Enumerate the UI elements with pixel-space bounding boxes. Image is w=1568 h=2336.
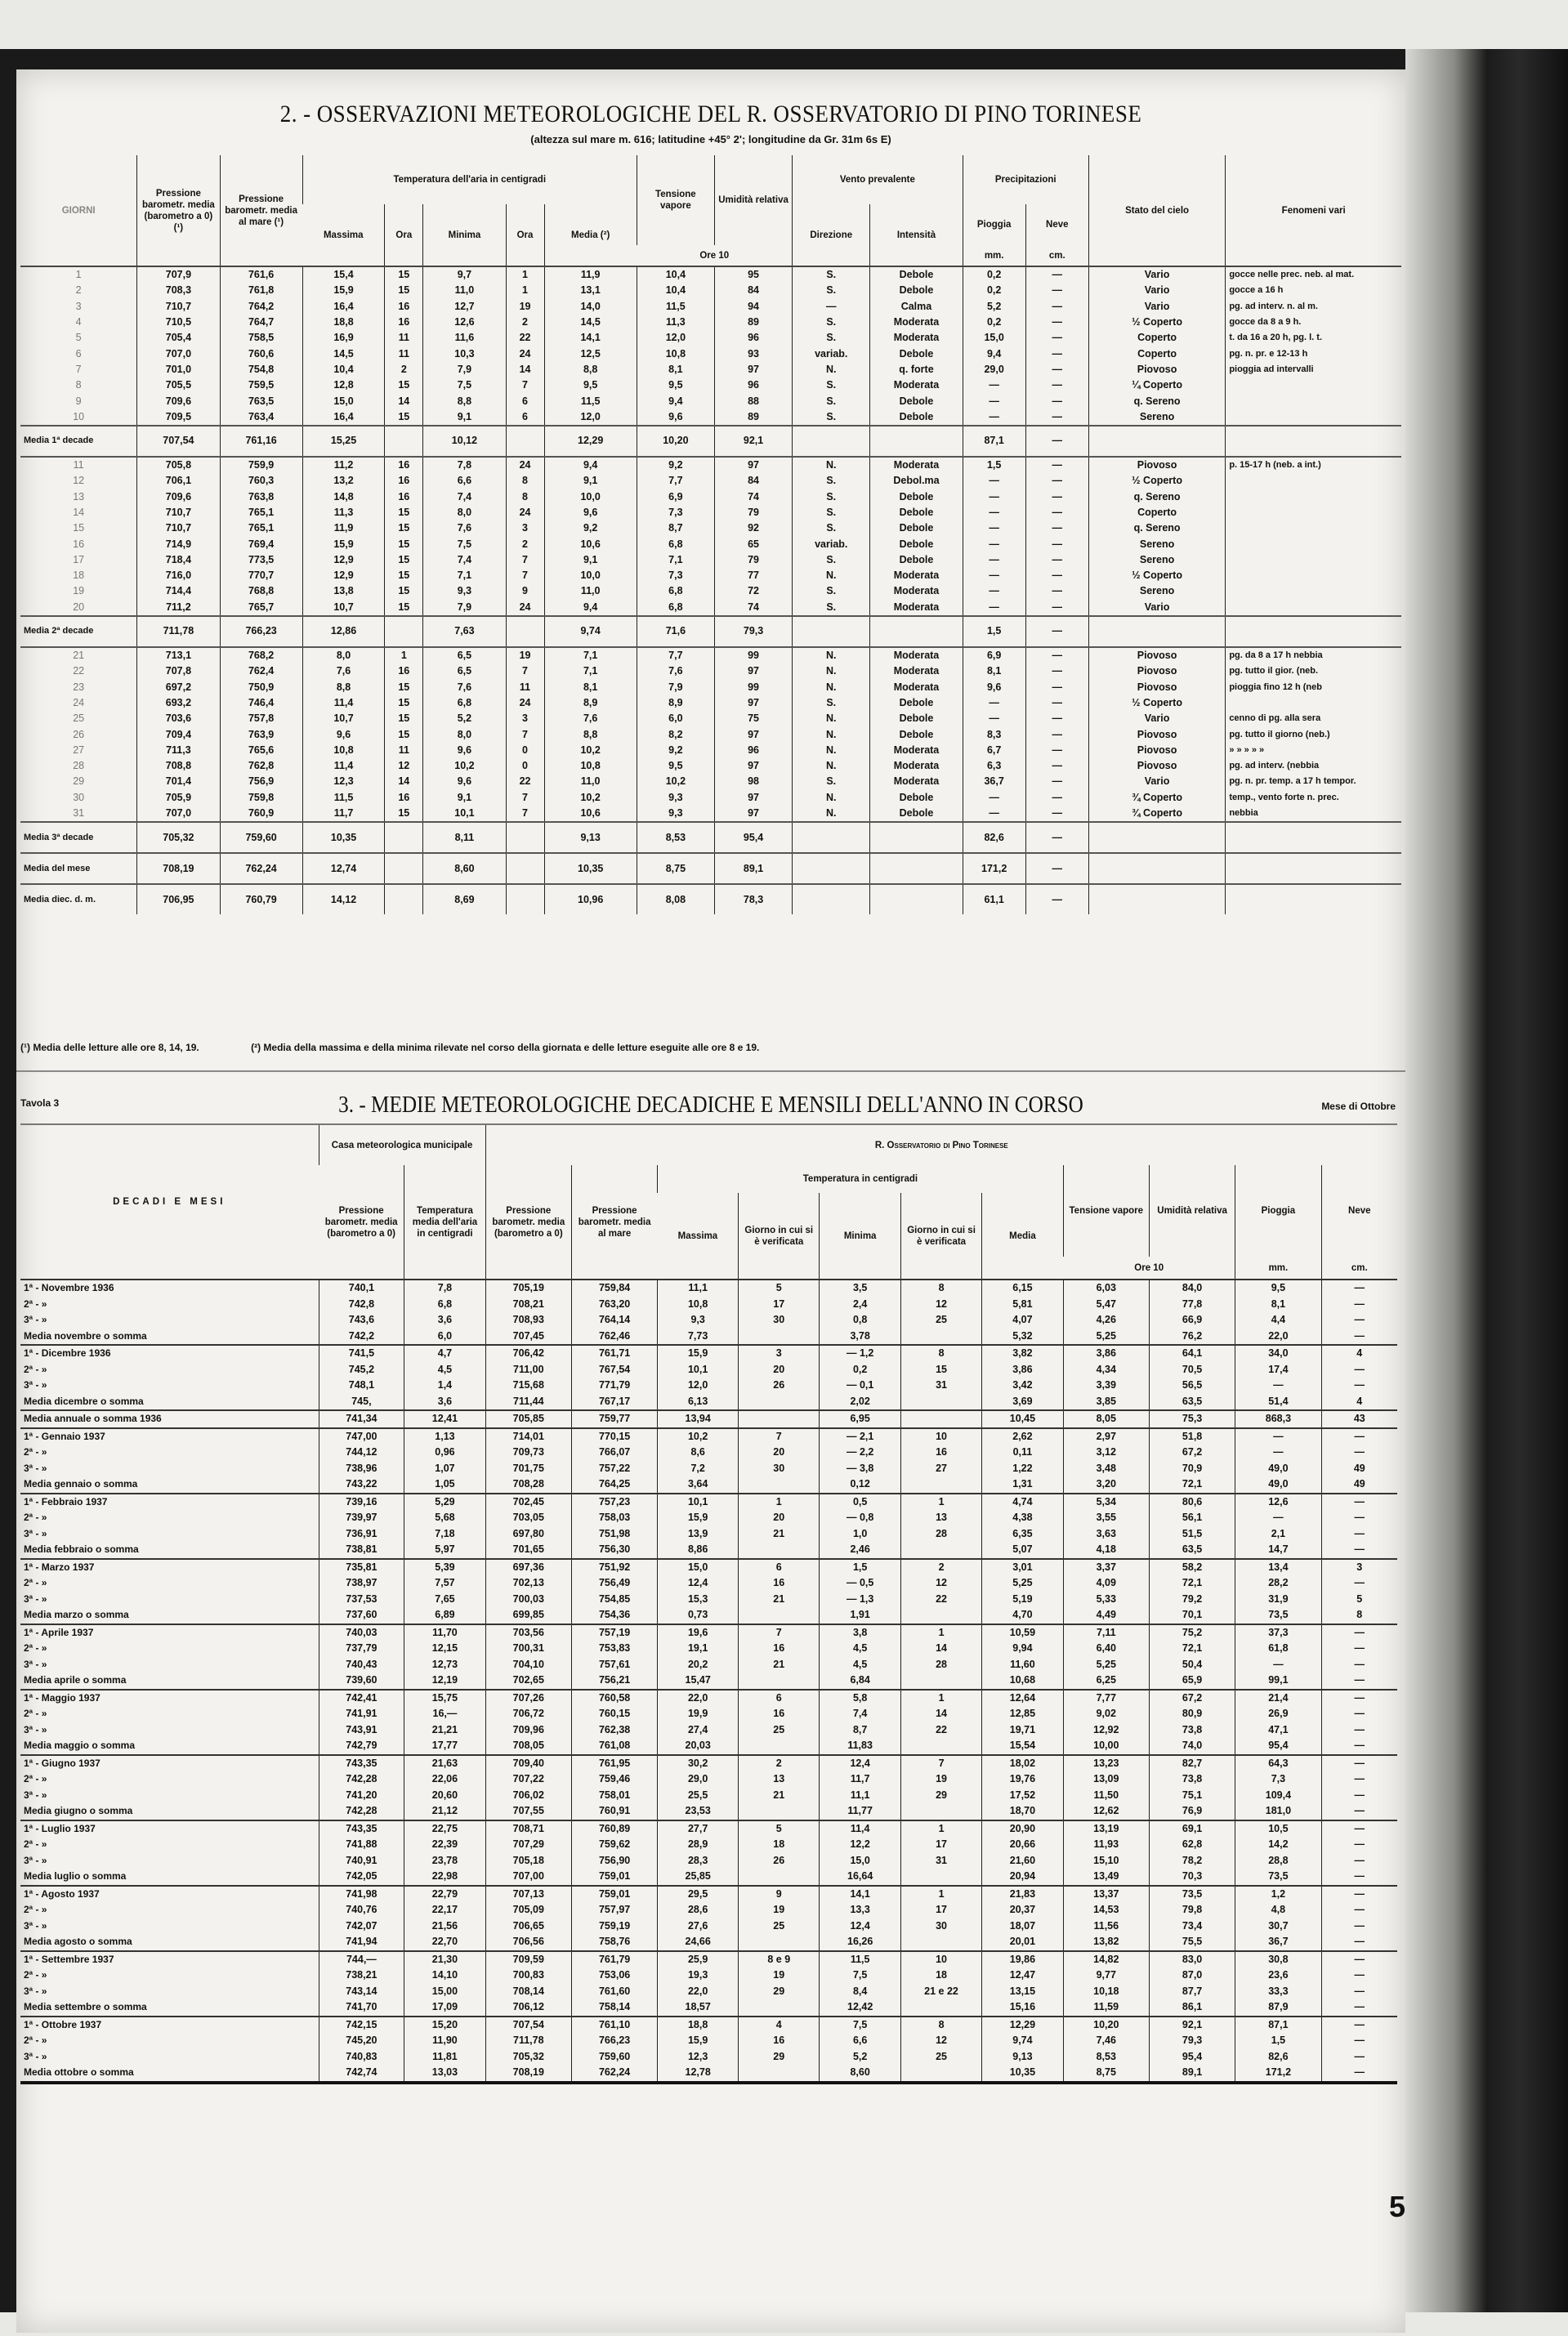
cell-label: 2ª - » xyxy=(20,1445,319,1461)
cell-nv: — xyxy=(1321,1820,1397,1838)
cell-p0: 702,65 xyxy=(485,1673,571,1690)
cell-label: Media del mese xyxy=(20,853,137,884)
cell-med: 3,42 xyxy=(982,1378,1063,1394)
cell-gmax: 21 xyxy=(739,1592,820,1608)
cell-gmin: 8 xyxy=(900,1280,981,1297)
cell-tens: 8,9 xyxy=(637,695,714,711)
cell-ct: 21,12 xyxy=(404,1803,485,1820)
cell-cp: 742,05 xyxy=(319,1869,404,1886)
cell-min: 7,4 xyxy=(423,489,506,505)
cell-min: 11,83 xyxy=(820,1738,900,1755)
cell-pm: 758,14 xyxy=(571,1999,657,2017)
cell-pg: 30,7 xyxy=(1235,1918,1321,1935)
cell-min: 10,3 xyxy=(423,346,506,361)
cell-ct: 3,6 xyxy=(404,1312,485,1329)
cell-max: 10,35 xyxy=(302,822,385,853)
cell-gmin: 25 xyxy=(900,1312,981,1329)
cell-um: 70,1 xyxy=(1149,1607,1235,1624)
cell-pg: 9,4 xyxy=(963,346,1025,361)
cell-ora-max: 11 xyxy=(385,330,423,346)
cell-max: 12,9 xyxy=(302,552,385,568)
header-media: Media xyxy=(982,1193,1063,1280)
cell-max: 11,1 xyxy=(658,1280,739,1297)
cell-gmax: 20 xyxy=(739,1510,820,1526)
cell-um: 89,1 xyxy=(1149,2065,1235,2083)
cell-fen: pg. da 8 a 17 h nebbia xyxy=(1226,647,1401,663)
cell-ct: 15,00 xyxy=(404,1984,485,2000)
cell-ora-min: 2 xyxy=(506,315,544,330)
cell-gmax: 29 xyxy=(739,1984,820,2000)
cell-max: 7,2 xyxy=(658,1461,739,1477)
cell-empty xyxy=(793,884,870,914)
cell-med: 10,96 xyxy=(544,884,637,914)
cell-um: 97 xyxy=(714,695,792,711)
table-row: 2ª - »740,7622,17705,09757,9728,61913,31… xyxy=(20,1902,1397,1918)
cell-med: 18,02 xyxy=(982,1755,1063,1772)
cell-pm: 759,60 xyxy=(220,822,302,853)
cell-pg: 49,0 xyxy=(1235,1461,1321,1477)
cell-label: Media diec. d. m. xyxy=(20,884,137,914)
cell-p0: 701,65 xyxy=(485,1542,571,1559)
cell-day: 12 xyxy=(20,473,137,489)
cell-label: Media 1ª decade xyxy=(20,426,137,457)
cell-gmax xyxy=(739,1673,820,1690)
cell-p0: 707,55 xyxy=(485,1803,571,1820)
cell-pm: 760,6 xyxy=(220,346,302,361)
cell-p0: 705,32 xyxy=(485,2049,571,2066)
cell-p0: 709,59 xyxy=(485,1951,571,1968)
cell-cielo: Piovoso xyxy=(1088,457,1225,473)
table-row: 1ª - Agosto 1937741,9822,79707,13759,012… xyxy=(20,1886,1397,1903)
cell-ora-min: 7 xyxy=(506,663,544,679)
cell-int: Debole xyxy=(870,520,963,536)
cell-min: 16,26 xyxy=(820,1934,900,1951)
cell-ct: 1,05 xyxy=(404,1476,485,1494)
cell-p0: 705,18 xyxy=(485,1853,571,1869)
cell-pg: 181,0 xyxy=(1235,1803,1321,1820)
cell-tens: 7,77 xyxy=(1063,1690,1149,1707)
cell-ct: 6,8 xyxy=(404,1297,485,1313)
cell-max: 28,3 xyxy=(658,1853,739,1869)
cell-int: Debol.ma xyxy=(870,473,963,489)
cell-med: 9,6 xyxy=(544,505,637,520)
cell-pm: 762,38 xyxy=(571,1722,657,1739)
cell-nv: — xyxy=(1025,743,1088,758)
cell-min: 9,3 xyxy=(423,583,506,599)
cell-day: 24 xyxy=(20,695,137,711)
cell-pg: 4,8 xyxy=(1235,1902,1321,1918)
cell-p0: 706,65 xyxy=(485,1918,571,1935)
cell-med: 11,60 xyxy=(982,1657,1063,1673)
table-row: 3ª - »740,8311,81705,32759,6012,3295,225… xyxy=(20,2049,1397,2066)
cell-fen: pg. ad interv. n. al m. xyxy=(1226,299,1401,315)
cell-um: 98 xyxy=(714,774,792,789)
cell-pm: 746,4 xyxy=(220,695,302,711)
cell-empty xyxy=(1088,884,1225,914)
cell-ora-min: 7 xyxy=(506,552,544,568)
cell-pg: 0,2 xyxy=(963,283,1025,298)
cell-ct: 5,39 xyxy=(404,1559,485,1576)
cell-label: 1ª - Febbraio 1937 xyxy=(20,1494,319,1511)
cell-p0: 708,8 xyxy=(137,758,220,774)
cell-nv: — xyxy=(1321,2033,1397,2049)
cell-max: 8,8 xyxy=(302,680,385,695)
cell-nv: — xyxy=(1321,1999,1397,2017)
cell-ct: 7,8 xyxy=(404,1280,485,1297)
header-neve: Neve xyxy=(1321,1165,1397,1257)
cell-pm: 760,79 xyxy=(220,884,302,914)
cell-label: Media giugno o somma xyxy=(20,1803,319,1820)
table-row: 14710,7765,111,3158,0249,67,379S.Debole—… xyxy=(20,505,1401,520)
cell-um: 80,6 xyxy=(1149,1494,1235,1511)
cell-nv: — xyxy=(1321,1362,1397,1378)
cell-int: Moderata xyxy=(870,743,963,758)
cell-tens: 4,49 xyxy=(1063,1607,1149,1624)
cell-pg: — xyxy=(963,377,1025,393)
cell-empty xyxy=(1226,616,1401,647)
cell-gmin: 1 xyxy=(900,1690,981,1707)
cell-label: Media agosto o somma xyxy=(20,1934,319,1951)
cell-ct: 21,30 xyxy=(404,1951,485,1968)
cell-med: 10,68 xyxy=(982,1673,1063,1690)
cell-cp: 742,2 xyxy=(319,1329,404,1346)
cell-cp: 735,81 xyxy=(319,1559,404,1576)
cell-max: 15,9 xyxy=(302,283,385,298)
cell-pm: 762,46 xyxy=(571,1329,657,1346)
cell-pg: 868,3 xyxy=(1235,1410,1321,1428)
cell-fen: temp., vento forte n. prec. xyxy=(1226,790,1401,806)
cell-p0: 708,28 xyxy=(485,1476,571,1494)
document-page: 2. - OSSERVAZIONI METEOROLOGICHE DEL R. … xyxy=(16,69,1405,2333)
cell-um: 95,4 xyxy=(714,822,792,853)
cell-label: 1ª - Luglio 1937 xyxy=(20,1820,319,1838)
cell-med: 5,81 xyxy=(982,1297,1063,1313)
cell-cp: 738,97 xyxy=(319,1575,404,1592)
cell-gmin: 10 xyxy=(900,1428,981,1445)
cell-fen xyxy=(1226,695,1401,711)
cell-min: — 0,8 xyxy=(820,1510,900,1526)
cell-pm: 754,8 xyxy=(220,362,302,377)
cell-max: 13,8 xyxy=(302,583,385,599)
cell-min: 5,2 xyxy=(423,711,506,726)
cell-tens: 13,49 xyxy=(1063,1869,1149,1886)
cell-max: 27,4 xyxy=(658,1722,739,1739)
cell-ora-max: 15 xyxy=(385,568,423,583)
cell-pm: 766,23 xyxy=(571,2033,657,2049)
cell-day: 8 xyxy=(20,377,137,393)
cell-pm: 760,89 xyxy=(571,1820,657,1838)
cell-tens: 6,25 xyxy=(1063,1673,1149,1690)
cell-max: 19,1 xyxy=(658,1641,739,1657)
cell-pg: 49,0 xyxy=(1235,1476,1321,1494)
header-temperatura: Temperatura dell'aria in centigradi xyxy=(302,155,637,204)
cell-fen: pg. n. pr. temp. a 17 h tempor. xyxy=(1226,774,1401,789)
cell-gmax xyxy=(739,1394,820,1411)
cell-label: 1ª - Gennaio 1937 xyxy=(20,1428,319,1445)
cell-med: 21,60 xyxy=(982,1853,1063,1869)
cell-cp: 743,91 xyxy=(319,1722,404,1739)
cell-nv: — xyxy=(1025,583,1088,599)
cell-ora-max: 15 xyxy=(385,806,423,822)
cell-int: Debole xyxy=(870,536,963,552)
cell-ora-max: 15 xyxy=(385,536,423,552)
cell-nv: — xyxy=(1321,1280,1397,1297)
cell-ct: 6,89 xyxy=(404,1607,485,1624)
table-row: 17718,4773,512,9157,479,17,179S.Debole——… xyxy=(20,552,1401,568)
cell-tens: 12,92 xyxy=(1063,1722,1149,1739)
table-row: Media ottobre o somma742,7413,03708,1976… xyxy=(20,2065,1397,2083)
section-2-subtitle: (altezza sul mare m. 616; latitudine +45… xyxy=(16,133,1405,145)
cell-min: 2,02 xyxy=(820,1394,900,1411)
cell-ora-max: 11 xyxy=(385,743,423,758)
cell-ora-min: 24 xyxy=(506,695,544,711)
cell-med: 10,2 xyxy=(544,743,637,758)
cell-tens: 7,9 xyxy=(637,680,714,695)
cell-tens: 8,53 xyxy=(1063,2049,1149,2066)
cell-med: 2,62 xyxy=(982,1428,1063,1445)
cell-min: 6,8 xyxy=(423,695,506,711)
cell-int: Moderata xyxy=(870,680,963,695)
cell-p0: 701,75 xyxy=(485,1461,571,1477)
cell-um: 79,8 xyxy=(1149,1902,1235,1918)
table-row: 3ª - »740,9123,78705,18756,9028,32615,03… xyxy=(20,1853,1397,1869)
cell-min: 7,4 xyxy=(820,1706,900,1722)
cell-max: 7,6 xyxy=(302,663,385,679)
cell-label: 1ª - Giugno 1937 xyxy=(20,1755,319,1772)
cell-int: Debole xyxy=(870,266,963,283)
cell-pg: — xyxy=(963,583,1025,599)
cell-int: Debole xyxy=(870,505,963,520)
cell-dir: S. xyxy=(793,315,870,330)
table-row: 15710,7765,111,9157,639,28,792S.Debole——… xyxy=(20,520,1401,536)
cell-med: 10,2 xyxy=(544,790,637,806)
cell-min: 9,6 xyxy=(423,743,506,758)
cell-um: 99 xyxy=(714,680,792,695)
cell-ora-max: 16 xyxy=(385,790,423,806)
cell-gmax: 16 xyxy=(739,1706,820,1722)
cell-tens: 8,7 xyxy=(637,520,714,536)
cell-p0: 711,44 xyxy=(485,1394,571,1411)
cell-min: 7,1 xyxy=(423,568,506,583)
cell-pm: 757,19 xyxy=(571,1624,657,1641)
section-3-title: 3. - MEDIE METEOROLOGICHE DECADICHE E ME… xyxy=(86,1092,1336,1119)
cell-max: 11,5 xyxy=(302,790,385,806)
cell-tens: 8,75 xyxy=(1063,2065,1149,2083)
decadal-means-table: DECADI E MESI Casa meteorologica municip… xyxy=(20,1123,1397,2084)
cell-int: Debole xyxy=(870,726,963,742)
table-row: Media agosto o somma741,9422,70706,56758… xyxy=(20,1934,1397,1951)
cell-ct: 1,13 xyxy=(404,1428,485,1445)
cell-label: Media annuale o somma 1936 xyxy=(20,1410,319,1428)
cell-pg: — xyxy=(963,536,1025,552)
cell-um: 97 xyxy=(714,806,792,822)
cell-nv: — xyxy=(1321,1445,1397,1461)
cell-day: 3 xyxy=(20,299,137,315)
cell-gmin xyxy=(900,1869,981,1886)
cell-min: 1,0 xyxy=(820,1526,900,1543)
cell-pg: — xyxy=(963,505,1025,520)
cell-um: 92 xyxy=(714,520,792,536)
cell-ora-max: 15 xyxy=(385,600,423,616)
header-press-baro: Pressione barometr. media (barometro a 0… xyxy=(485,1165,571,1280)
cell-um: 50,4 xyxy=(1149,1657,1235,1673)
cell-label: 3ª - » xyxy=(20,1788,319,1804)
cell-max: 28,9 xyxy=(658,1837,739,1853)
cell-dir: N. xyxy=(793,568,870,583)
cell-tens: 2,97 xyxy=(1063,1428,1149,1445)
cell-max: 18,8 xyxy=(302,315,385,330)
cell-ct: 17,77 xyxy=(404,1738,485,1755)
cell-tens: 4,34 xyxy=(1063,1362,1149,1378)
table-row: 2ª - »741,9116,—706,72760,1519,9167,4141… xyxy=(20,1706,1397,1722)
cell-min: 7,6 xyxy=(423,520,506,536)
cell-gmin: 2 xyxy=(900,1559,981,1576)
cell-min: 5,2 xyxy=(820,2049,900,2066)
cell-p0: 716,0 xyxy=(137,568,220,583)
cell-day: 23 xyxy=(20,680,137,695)
cell-med: 3,82 xyxy=(982,1345,1063,1362)
header-mm: mm. xyxy=(1235,1257,1321,1280)
cell-int: Debole xyxy=(870,409,963,426)
table-row: 3ª - »743,1415,00708,14761,6022,0298,421… xyxy=(20,1984,1397,2000)
cell-tens: 10,20 xyxy=(1063,2017,1149,2034)
cell-empty xyxy=(506,822,544,853)
cell-min: 8,4 xyxy=(820,1984,900,2000)
decadal-rows: 1ª - Novembre 1936740,17,8705,19759,8411… xyxy=(20,1280,1397,2083)
cell-med: 21,83 xyxy=(982,1886,1063,1903)
cell-nv: — xyxy=(1025,647,1088,663)
cell-gmin: 22 xyxy=(900,1592,981,1608)
header-giorni: GIORNI xyxy=(20,155,137,266)
cell-int: Moderata xyxy=(870,583,963,599)
cell-pm: 761,6 xyxy=(220,266,302,283)
cell-med: 8,8 xyxy=(544,726,637,742)
cell-ora-min: 2 xyxy=(506,536,544,552)
cell-tens: 4,18 xyxy=(1063,1542,1149,1559)
cell-fen xyxy=(1226,520,1401,536)
cell-day: 17 xyxy=(20,552,137,568)
cell-p0: 705,85 xyxy=(485,1410,571,1428)
cell-med: 12,29 xyxy=(544,426,637,457)
cell-min: 2,4 xyxy=(820,1297,900,1313)
cell-min: — 1,2 xyxy=(820,1345,900,1362)
cell-ora-min: 0 xyxy=(506,743,544,758)
cell-cielo: Piovoso xyxy=(1088,647,1225,663)
cell-med: 12,5 xyxy=(544,346,637,361)
cell-ct: 6,0 xyxy=(404,1329,485,1346)
cell-dir: S. xyxy=(793,283,870,298)
table-row: 25703,6757,810,7155,237,66,075N.Debole——… xyxy=(20,711,1401,726)
cell-pm: 750,9 xyxy=(220,680,302,695)
cell-gmax xyxy=(739,1607,820,1624)
cell-fen: t. da 16 a 20 h, pg. l. t. xyxy=(1226,330,1401,346)
cell-um: 97 xyxy=(714,726,792,742)
cell-um: 96 xyxy=(714,377,792,393)
cell-empty xyxy=(793,426,870,457)
cell-p0: 706,95 xyxy=(137,884,220,914)
header-cm: cm. xyxy=(1025,245,1088,266)
cell-min: 12,4 xyxy=(820,1918,900,1935)
cell-gmax: 26 xyxy=(739,1378,820,1394)
cell-tens: 6,40 xyxy=(1063,1641,1149,1657)
cell-p0: 706,42 xyxy=(485,1345,571,1362)
table-row: 2ª - »738,2114,10700,83753,0619,3197,518… xyxy=(20,1968,1397,1984)
cell-label: Media ottobre o somma xyxy=(20,2065,319,2083)
cell-med: 9,4 xyxy=(544,457,637,473)
header-umidita: Umidità relativa xyxy=(714,155,792,245)
cell-fen xyxy=(1226,583,1401,599)
cell-um: 70,5 xyxy=(1149,1362,1235,1378)
cell-pg: 31,9 xyxy=(1235,1592,1321,1608)
cell-pm: 767,17 xyxy=(571,1394,657,1411)
cell-p0: 708,3 xyxy=(137,283,220,298)
cell-tens: 7,6 xyxy=(637,663,714,679)
cell-gmin xyxy=(900,1394,981,1411)
table-row: 2ª - »737,7912,15700,31753,8319,1164,514… xyxy=(20,1641,1397,1657)
cell-ct: 11,90 xyxy=(404,2033,485,2049)
cell-max: 10,1 xyxy=(658,1362,739,1378)
cell-nv: — xyxy=(1321,1886,1397,1903)
table-row: 27711,3765,610,8119,6010,29,296N.Moderat… xyxy=(20,743,1401,758)
cell-max: 3,64 xyxy=(658,1476,739,1494)
cell-ct: 17,09 xyxy=(404,1999,485,2017)
cell-p0: 708,14 xyxy=(485,1984,571,2000)
cell-nv: — xyxy=(1025,315,1088,330)
cell-cp: 737,53 xyxy=(319,1592,404,1608)
cell-med: 5,07 xyxy=(982,1542,1063,1559)
cell-ora-max: 14 xyxy=(385,393,423,409)
cell-max: 10,7 xyxy=(302,600,385,616)
cell-p0: 700,31 xyxy=(485,1641,571,1657)
cell-nv: — xyxy=(1025,663,1088,679)
cell-min: 7,9 xyxy=(423,362,506,377)
table-row: 16714,9769,415,9157,5210,66,865variab.De… xyxy=(20,536,1401,552)
cell-pm: 761,79 xyxy=(571,1951,657,1968)
cell-ct: 1,4 xyxy=(404,1378,485,1394)
cell-ct: 22,17 xyxy=(404,1902,485,1918)
cell-min: 1,91 xyxy=(820,1607,900,1624)
cell-um: 89,1 xyxy=(714,853,792,884)
cell-med: 9,1 xyxy=(544,473,637,489)
cell-pm: 761,95 xyxy=(571,1755,657,1772)
table-row: 22707,8762,47,6166,577,17,697N.Moderata8… xyxy=(20,663,1401,679)
cell-cp: 742,41 xyxy=(319,1690,404,1707)
cell-label: 2ª - » xyxy=(20,2033,319,2049)
cell-nv: — xyxy=(1025,600,1088,616)
header-intensita: Intensità xyxy=(870,204,963,266)
cell-max: 11,4 xyxy=(302,758,385,774)
cell-p0: 710,7 xyxy=(137,299,220,315)
cell-label: Media novembre o somma xyxy=(20,1329,319,1346)
cell-max: 15,25 xyxy=(302,426,385,457)
cell-int: Debole xyxy=(870,346,963,361)
cell-max: 19,6 xyxy=(658,1624,739,1641)
cell-pm: 764,2 xyxy=(220,299,302,315)
cell-med: 7,1 xyxy=(544,647,637,663)
cell-nv: — xyxy=(1321,1738,1397,1755)
cell-pg: — xyxy=(1235,1657,1321,1673)
cell-min: 8,11 xyxy=(423,822,506,853)
cell-max: 29,0 xyxy=(658,1771,739,1788)
cell-min: 6,5 xyxy=(423,647,506,663)
cell-um: 66,9 xyxy=(1149,1312,1235,1329)
cell-pm: 757,8 xyxy=(220,711,302,726)
cell-cielo: Sereno xyxy=(1088,583,1225,599)
cell-gmax: 18 xyxy=(739,1837,820,1853)
cell-nv: — xyxy=(1025,822,1088,853)
cell-ora-max: 12 xyxy=(385,758,423,774)
cell-med: 13,1 xyxy=(544,283,637,298)
